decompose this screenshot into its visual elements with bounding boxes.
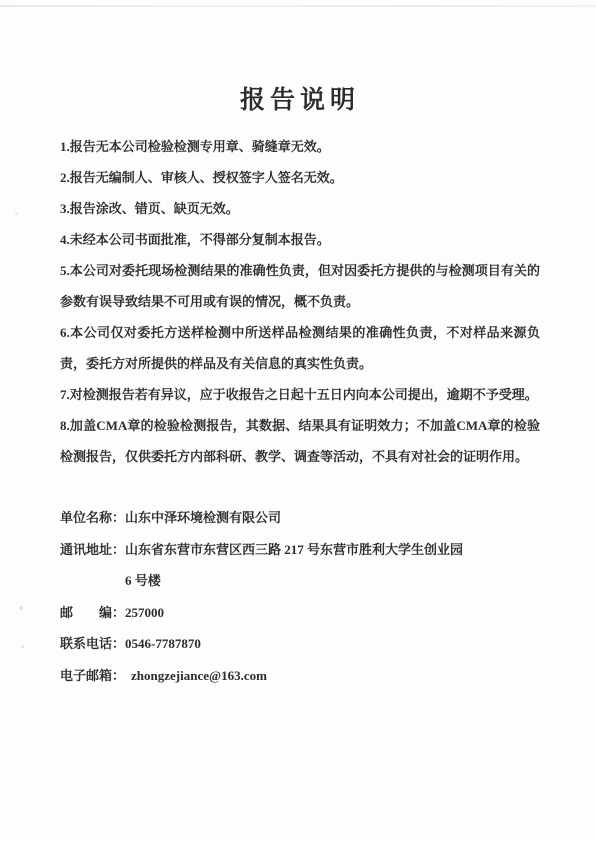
contact-row-address-line2: 6 号楼 [60, 565, 540, 597]
note-number: 5. [60, 263, 70, 278]
contact-value: 山东中泽环境检测有限公司 [125, 510, 281, 525]
scan-speck [15, 212, 18, 215]
scan-speck [19, 606, 23, 610]
contact-row-phone: 联系电话：0546-7787870 [60, 628, 540, 660]
contact-value: zhongzejiance@163.com [131, 668, 267, 683]
contact-label: 邮 编： [60, 605, 125, 620]
note-item: 3.报告涂改、错页、缺页无效。 [60, 193, 540, 224]
note-text: 本公司仅对委托方送样检测中所送样品检测结果的准确性负责，不对样品来源负责，委托方… [60, 325, 540, 371]
note-number: 6. [60, 325, 70, 340]
note-number: 8. [60, 418, 70, 433]
notes-section: 1.报告无本公司检验检测专用章、骑缝章无效。 2.报告无编制人、审核人、授权签字… [60, 131, 540, 472]
contact-value: 0546-7787870 [125, 636, 201, 651]
scan-artifact-line [0, 5, 596, 7]
note-item: 8.加盖CMA章的检验检测报告，其数据、结果具有证明效力；不加盖CMA章的检验检… [60, 410, 540, 472]
note-text: 对检测报告若有异议，应于收报告之日起十五日内向本公司提出，逾期不予受理。 [70, 387, 538, 402]
note-number: 2. [60, 170, 70, 185]
page-title: 报告说明 [60, 86, 540, 116]
contact-value: 山东省东营市东营区西三路 217 号东营市胜利大学生创业园 [125, 542, 463, 557]
contact-value: 6 号楼 [125, 573, 161, 588]
scan-speck [21, 645, 24, 648]
note-text: 加盖CMA章的检验检测报告，其数据、结果具有证明效力；不加盖CMA章的检验检测报… [60, 418, 540, 464]
note-number: 7. [60, 387, 70, 402]
contact-row-postcode: 邮 编：257000 [60, 597, 540, 629]
note-item: 6.本公司仅对委托方送样检测中所送样品检测结果的准确性负责，不对样品来源负责，委… [60, 317, 540, 379]
note-text: 本公司对委托现场检测结果的准确性负责，但对因委托方提供的与检测项目有关的参数有误… [60, 263, 540, 309]
note-text: 未经本公司书面批准，不得部分复制本报告。 [70, 232, 330, 247]
contact-label: 联系电话： [60, 636, 125, 651]
note-item: 4.未经本公司书面批准，不得部分复制本报告。 [60, 224, 540, 255]
note-number: 3. [60, 201, 70, 216]
contact-label: 电子邮箱： [60, 668, 125, 683]
note-text: 报告无编制人、审核人、授权签字人签名无效。 [70, 170, 343, 185]
contact-label: 单位名称： [60, 510, 125, 525]
note-number: 1. [60, 139, 70, 154]
note-number: 4. [60, 232, 70, 247]
contact-value: 257000 [125, 605, 164, 620]
note-item: 1.报告无本公司检验检测专用章、骑缝章无效。 [60, 131, 540, 162]
contact-row-email: 电子邮箱：zhongzejiance@163.com [60, 660, 540, 692]
note-item: 2.报告无编制人、审核人、授权签字人签名无效。 [60, 162, 540, 193]
note-text: 报告涂改、错页、缺页无效。 [70, 201, 239, 216]
note-text: 报告无本公司检验检测专用章、骑缝章无效。 [70, 139, 330, 154]
note-item: 5.本公司对委托现场检测结果的准确性负责，但对因委托方提供的与检测项目有关的参数… [60, 255, 540, 317]
report-notes-page: 报告说明 1.报告无本公司检验检测专用章、骑缝章无效。 2.报告无编制人、审核人… [0, 0, 596, 841]
contact-row-company-name: 单位名称：山东中泽环境检测有限公司 [60, 502, 540, 534]
note-item: 7.对检测报告若有异议，应于收报告之日起十五日内向本公司提出，逾期不予受理。 [60, 379, 540, 410]
contact-label: 通讯地址： [60, 542, 125, 557]
contact-row-address: 通讯地址：山东省东营市东营区西三路 217 号东营市胜利大学生创业园 [60, 534, 540, 566]
contact-section: 单位名称：山东中泽环境检测有限公司 通讯地址：山东省东营市东营区西三路 217 … [60, 502, 540, 691]
